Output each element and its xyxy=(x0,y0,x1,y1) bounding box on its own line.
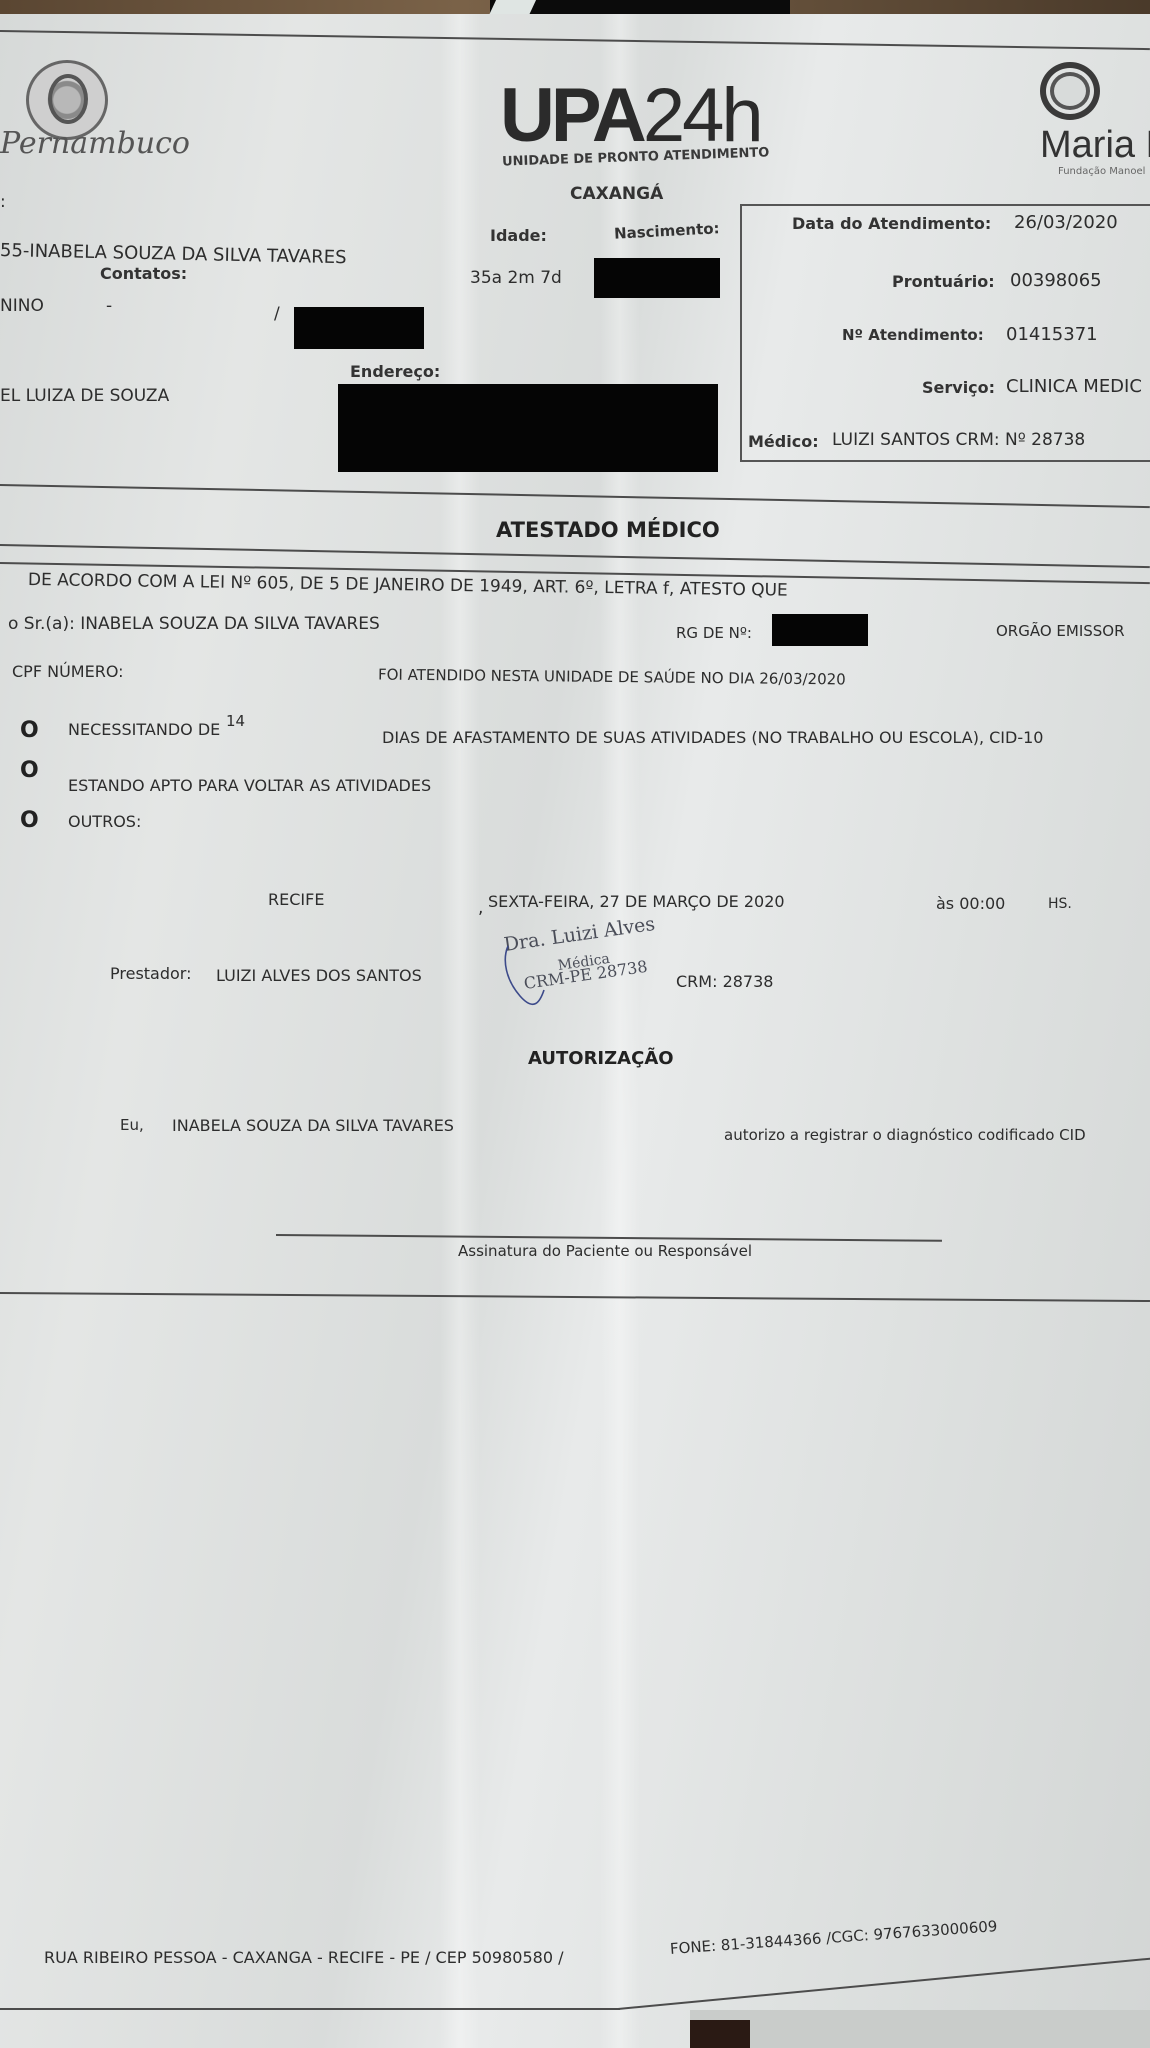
certified-patient: o Sr.(a): INABELA SOUZA DA SILVA TAVARES xyxy=(8,614,380,634)
option-fit-label: ESTANDO APTO PARA VOLTAR AS ATIVIDADES xyxy=(68,776,431,795)
partner-logo-name: Maria L xyxy=(1040,124,1150,167)
partner-logo-subtitle: Fundação Manoel xyxy=(1058,166,1145,177)
rg-label: RG DE Nº: xyxy=(676,624,752,642)
signature-caption: Assinatura do Paciente ou Responsável xyxy=(458,1242,752,1260)
redacted-address xyxy=(338,384,718,472)
doctor-value: LUIZI SANTOS CRM: Nº 28738 xyxy=(832,430,1085,450)
section-divider xyxy=(0,484,1150,508)
provider-crm: CRM: 28738 xyxy=(676,972,773,991)
leave-description: DIAS DE AFASTAMENTO DE SUAS ATIVIDADES (… xyxy=(382,728,1043,747)
authorization-prefix: Eu, xyxy=(120,1116,144,1134)
redacted-phone xyxy=(294,307,424,349)
redacted-rg xyxy=(772,614,868,646)
visit-number-label: Nº Atendimento: xyxy=(842,326,984,344)
city: RECIFE xyxy=(268,890,324,909)
address-label: Endereço: xyxy=(350,362,440,381)
footer-line xyxy=(0,2008,620,2010)
time-text: às 00:00 xyxy=(936,894,1005,913)
service-value: CLINICA MEDIC xyxy=(1006,376,1142,397)
doctor-signature-icon xyxy=(500,940,560,1010)
leave-days-value: 14 xyxy=(226,712,245,730)
top-border-line xyxy=(0,30,1150,50)
option-marker: O xyxy=(20,718,39,743)
patient-label-cut: : xyxy=(0,192,6,212)
contact-separator: / xyxy=(274,304,280,324)
upa-logo-main: UPA xyxy=(500,73,643,158)
issuer-label: ORGÃO EMISSOR xyxy=(996,622,1125,640)
service-label: Serviço: xyxy=(922,378,995,397)
background-object-dark xyxy=(690,2020,750,2048)
visit-number-value: 01415371 xyxy=(1006,324,1098,345)
contacts-label: Contatos: xyxy=(100,264,187,283)
paper-fold xyxy=(600,14,640,2048)
table-surface xyxy=(690,2010,1150,2048)
time-unit: HS. xyxy=(1048,896,1072,912)
record-label: Prontuário: xyxy=(892,272,995,291)
crest-center-icon xyxy=(48,74,88,124)
medical-certificate-paper: Pernambuco UPA24h UNIDADE DE PRONTO ATEN… xyxy=(0,14,1150,2048)
date-comma: , xyxy=(478,898,483,918)
doctor-label: Médico: xyxy=(748,432,819,451)
unit-name: CAXANGÁ xyxy=(570,184,663,204)
certificate-title: ATESTADO MÉDICO xyxy=(496,518,720,542)
mother-name: EL LUIZA DE SOUZA xyxy=(0,386,169,406)
option-marker: O xyxy=(20,808,39,833)
option-marker: O xyxy=(20,758,39,783)
option-leave-label: NECESSITANDO DE xyxy=(68,720,220,739)
footer-line-right xyxy=(618,1957,1150,2010)
date-value: 26/03/2020 xyxy=(1014,212,1118,233)
authorization-text: autorizo a registrar o diagnóstico codif… xyxy=(724,1126,1086,1144)
provider-name: LUIZI ALVES DOS SANTOS xyxy=(216,966,422,985)
authorization-title: AUTORIZAÇÃO xyxy=(528,1048,674,1069)
state-logo-text: Pernambuco xyxy=(0,126,190,161)
cpf-label: CPF NÚMERO: xyxy=(12,662,124,681)
partner-logo-face-icon xyxy=(1050,72,1090,110)
contact-dash: - xyxy=(106,296,112,316)
sex-value: NINO xyxy=(0,296,44,316)
upa-logo: UPA24h xyxy=(500,78,761,154)
record-value: 00398065 xyxy=(1010,270,1102,291)
option-other-label: OUTROS: xyxy=(68,812,141,831)
provider-label: Prestador: xyxy=(110,964,191,983)
age-value: 35a 2m 7d xyxy=(470,268,562,288)
footer-contact: FONE: 81-31844366 /CGC: 9767633000609 xyxy=(669,1917,998,1958)
redacted-birth-date xyxy=(594,258,720,298)
visit-info-box: Data do Atendimento: 26/03/2020 Prontuár… xyxy=(740,204,1150,462)
authorization-name: INABELA SOUZA DA SILVA TAVARES xyxy=(172,1116,454,1135)
paper-fold xyxy=(440,14,480,2048)
footer-address: RUA RIBEIRO PESSOA - CAXANGA - RECIFE - … xyxy=(44,1948,563,1967)
section-divider-bottom xyxy=(0,1292,1150,1302)
age-label: Idade: xyxy=(490,226,547,245)
long-date: SEXTA-FEIRA, 27 DE MARÇO DE 2020 xyxy=(488,892,785,911)
date-label: Data do Atendimento: xyxy=(792,214,991,233)
